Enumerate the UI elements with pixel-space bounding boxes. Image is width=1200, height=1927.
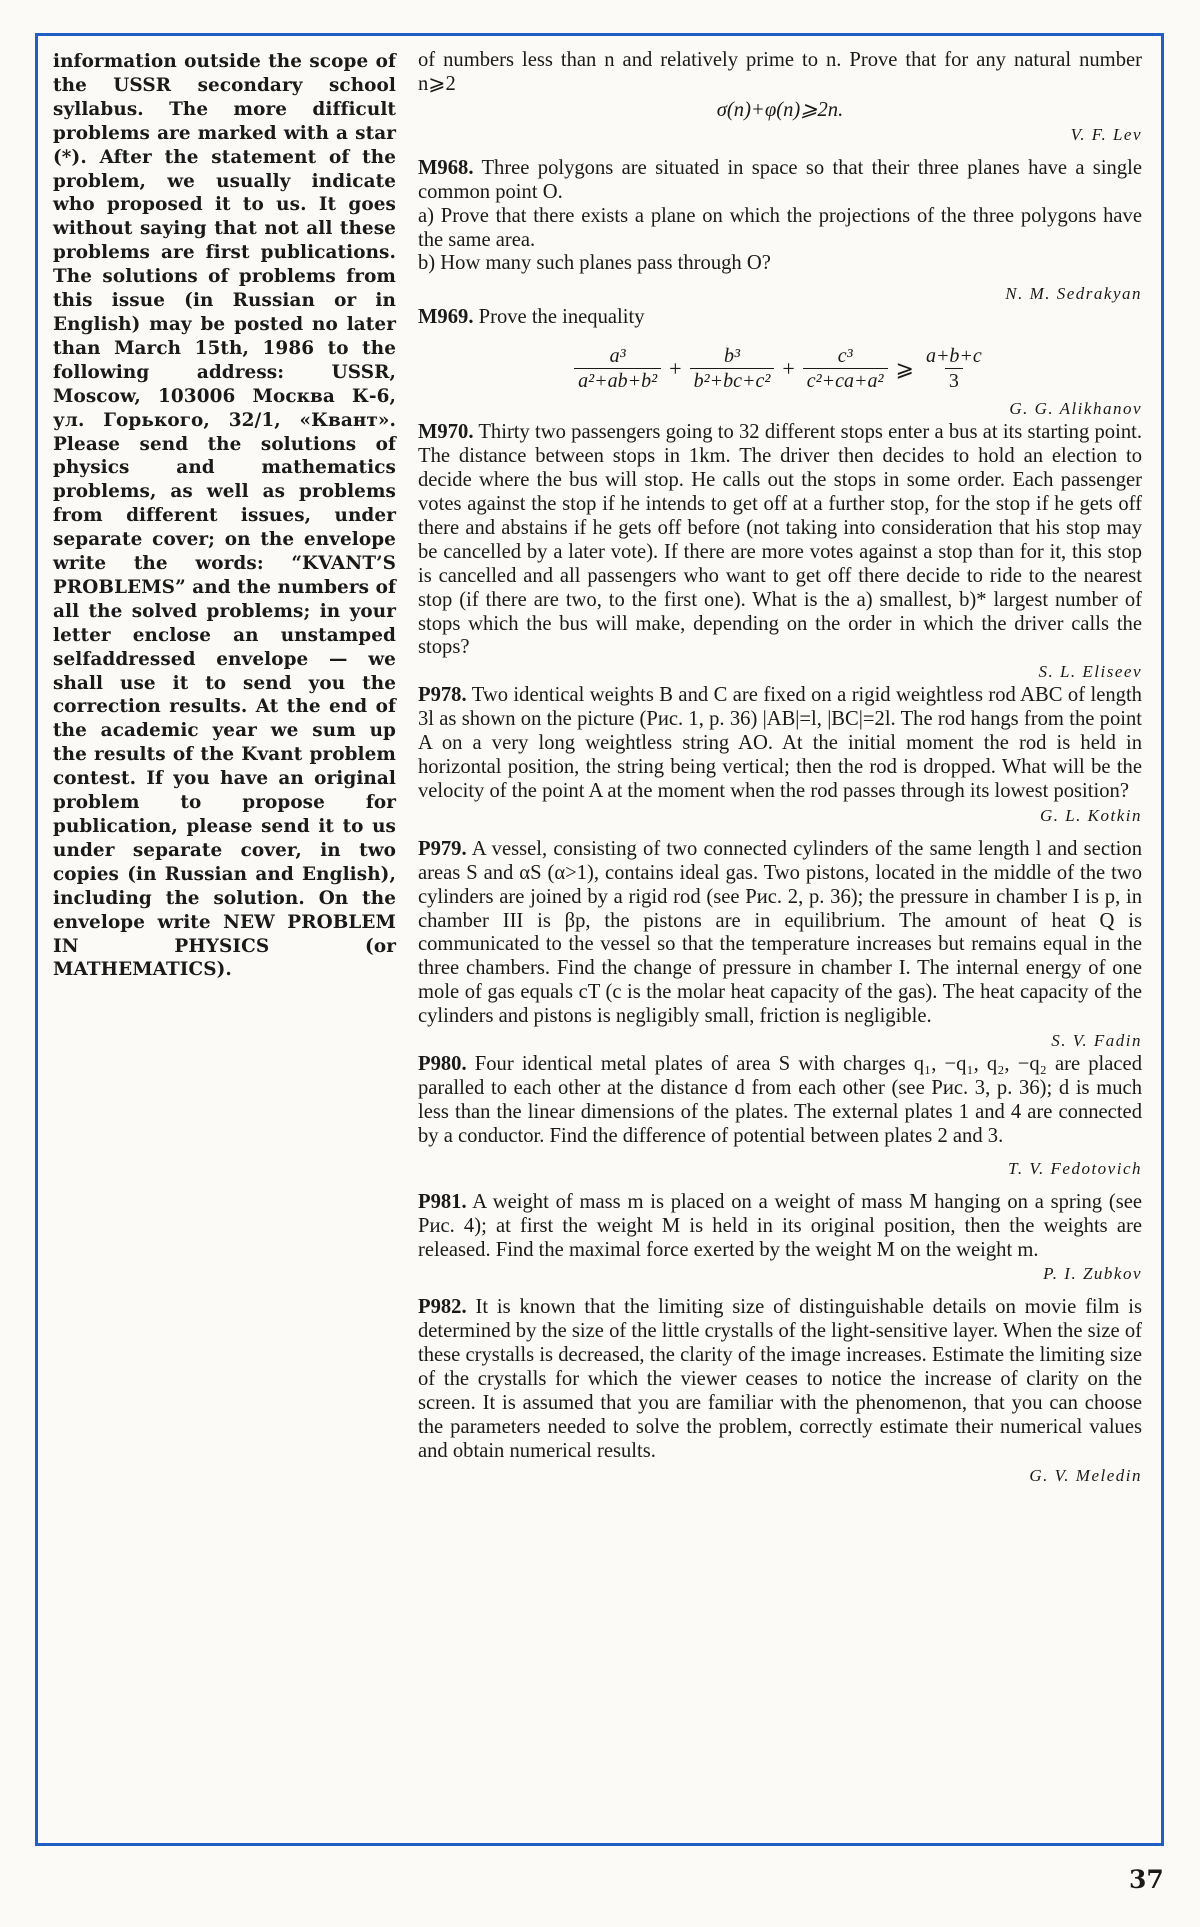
problem-text: Two identical weights B and C are fixed … xyxy=(418,684,1142,802)
problem-p980: P980. Four identical metal plates of are… xyxy=(418,1053,1142,1181)
denominator: 3 xyxy=(945,368,963,393)
numerator: c³ xyxy=(834,344,857,368)
problem-text: Prove the inequality xyxy=(479,306,645,328)
problem-author: T. V. Fedotovich xyxy=(418,1157,1142,1181)
problem-p979: P979. A vessel, consisting of two connec… xyxy=(418,838,1142,1053)
fraction-2: b³ b²+bc+c² xyxy=(690,344,775,393)
problem-m969: M969. Prove the inequality a³ a²+ab+b² +… xyxy=(418,306,1142,421)
problem-text: It is known that the limiting size of di… xyxy=(418,1296,1142,1461)
denominator: b²+bc+c² xyxy=(690,368,775,393)
formula: σ(n)+φ(n)⩾2n. xyxy=(418,97,1142,123)
problem-number: P982. xyxy=(418,1296,467,1318)
problem-p981: P981. A weight of mass m is placed on a … xyxy=(418,1191,1142,1287)
geq-sign: ⩾ xyxy=(896,357,914,381)
problem-text: A vessel, consisting of two connected cy… xyxy=(418,838,1142,1027)
problem-p978: P978. Two identical weights B and C are … xyxy=(418,684,1142,828)
fraction-3: c³ c²+ca+a² xyxy=(803,344,888,393)
problem-m970: M970. Thirty two passengers going to 32 … xyxy=(418,421,1142,684)
problem-text: Four identical metal plates of area S wi… xyxy=(418,1053,1142,1147)
problem-author: G. L. Kotkin xyxy=(418,804,1142,828)
fraction-1: a³ a²+ab+b² xyxy=(574,344,661,393)
denominator: c²+ca+a² xyxy=(803,368,888,393)
problem-author: G. G. Alikhanov xyxy=(418,397,1142,421)
problem-author: S. L. Eliseev xyxy=(418,660,1142,684)
problem-author: S. V. Fadin xyxy=(418,1029,1142,1053)
problem-author: P. I. Zubkov xyxy=(418,1262,1142,1286)
problem-author: G. V. Meledin xyxy=(418,1464,1142,1488)
instructions-column: information outside the scope of the USS… xyxy=(53,50,396,982)
problem-number: P978. xyxy=(418,684,467,706)
plus-sign: + xyxy=(782,357,794,381)
problem-text: Three polygons are situated in space so … xyxy=(418,157,1142,203)
problem-number: M969. xyxy=(418,306,473,328)
problem-p982: P982. It is known that the limiting size… xyxy=(418,1296,1142,1487)
problem-number: M970. xyxy=(418,421,473,443)
numerator: a³ xyxy=(606,344,630,368)
problem-continuation: of numbers less than n and relatively pr… xyxy=(418,49,1142,147)
problem-number: P981. xyxy=(418,1191,467,1213)
inequality-formula: a³ a²+ab+b² + b³ b²+bc+c² + c³ c²+ca+a² … xyxy=(418,344,1142,393)
problem-number: M968. xyxy=(418,157,473,179)
problem-author: V. F. Lev xyxy=(418,123,1142,147)
numerator: b³ xyxy=(720,344,744,368)
problem-text: Thirty two passengers going to 32 differ… xyxy=(418,421,1142,658)
problem-number: P980. xyxy=(418,1053,467,1075)
problem-text: A weight of mass m is placed on a weight… xyxy=(418,1191,1142,1261)
problem-part-b: b) How many such planes pass through O? xyxy=(418,252,1142,276)
problems-column: of numbers less than n and relatively pr… xyxy=(418,49,1142,1488)
numerator: a+b+c xyxy=(922,344,986,368)
problem-author: N. M. Sedrakyan xyxy=(418,282,1142,306)
problem-part-a: a) Prove that there exists a plane on wh… xyxy=(418,205,1142,253)
problem-text: of numbers less than n and relatively pr… xyxy=(418,49,1142,97)
problem-m968: M968. Three polygons are situated in spa… xyxy=(418,157,1142,307)
plus-sign: + xyxy=(669,357,681,381)
problem-number: P979. xyxy=(418,838,467,860)
fraction-rhs: a+b+c 3 xyxy=(922,344,986,393)
page-number: 37 xyxy=(1129,1865,1164,1894)
instructions-text: information outside the scope of the USS… xyxy=(53,50,396,982)
denominator: a²+ab+b² xyxy=(574,368,661,393)
